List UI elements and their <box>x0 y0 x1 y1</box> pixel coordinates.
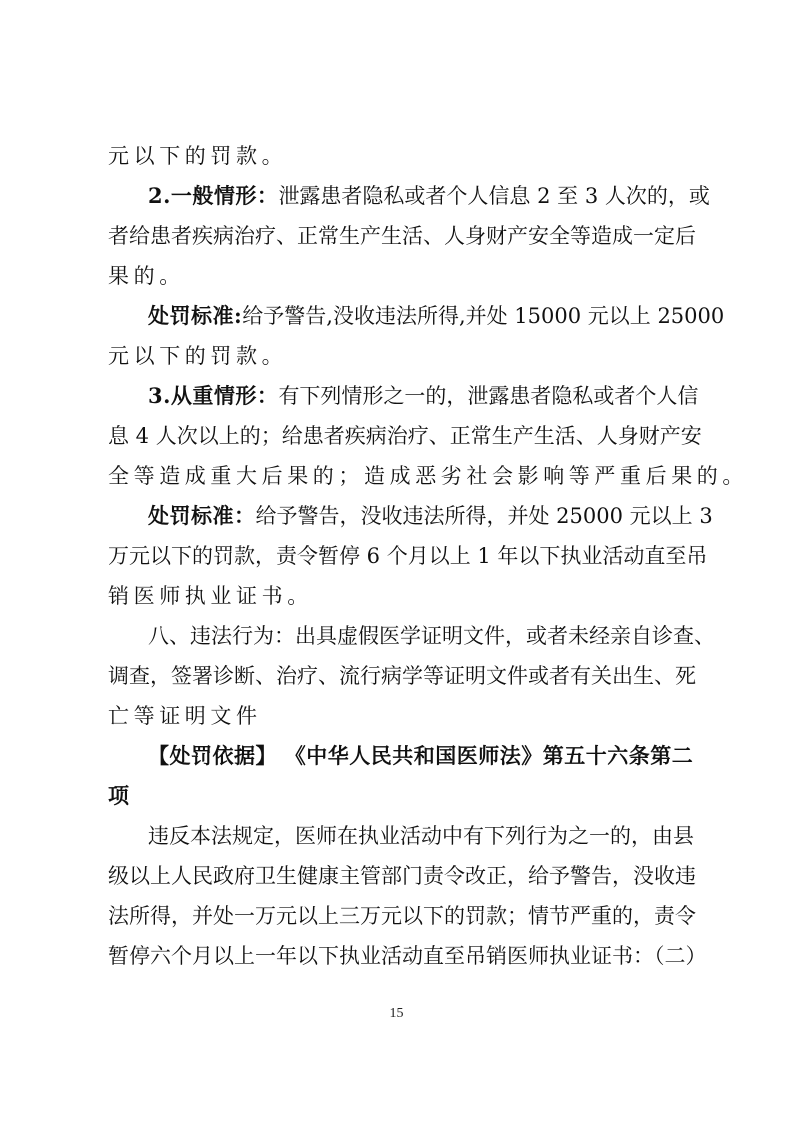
text-line: 暂停六个月以上一年以下执业活动直至吊销医师执业证书：（二） <box>108 936 692 976</box>
text-line: 销医师执业证书。 <box>108 576 692 616</box>
text-line: 息 4 人次以上的；给患者疾病治疗、正常生产生活、人身财产安 <box>108 416 692 456</box>
text-line: 果的。 <box>108 256 692 296</box>
text-line: 全等造成重大后果的；造成恶劣社会影响等严重后果的。 <box>108 456 692 496</box>
paragraph-law-text: 违反本法规定，医师在执业活动中有下列行为之一的，由县 <box>108 816 692 856</box>
text-line: 万元以下的罚款，责令暂停 6 个月以上 1 年以下执业活动直至吊 <box>108 536 692 576</box>
text-line: 级以上人民政府卫生健康主管部门责令改正，给予警告，没收违 <box>108 856 692 896</box>
paragraph-general-case: 2.一般情形：泄露患者隐私或者个人信息 2 至 3 人次的，或 <box>108 176 692 216</box>
paragraph-penalty-standard: 处罚标准：给予警告，没收违法所得，并处 25000 元以上 3 <box>108 496 692 536</box>
text-line: 元以下的罚款。 <box>108 136 692 176</box>
text-line: 亡等证明文件 <box>108 696 692 736</box>
paragraph-violation-8: 八、违法行为：出具虚假医学证明文件，或者未经亲自诊查、 <box>108 616 692 656</box>
penalty-heading: 处罚标准： <box>148 503 256 528</box>
page-number: 15 <box>0 1006 793 1022</box>
penalty-basis-heading-cont: 项 <box>108 776 692 816</box>
penalty-basis-heading: 【处罚依据】 《中华人民共和国医师法》第五十六条第二 <box>108 736 692 776</box>
penalty-heading: 处罚标准: <box>148 303 242 328</box>
case-heading: 3.从重情形： <box>148 383 278 408</box>
text-line: 元以下的罚款。 <box>108 336 692 376</box>
text-line: 法所得，并处一万元以上三万元以下的罚款；情节严重的，责令 <box>108 896 692 936</box>
text-line: 者给患者疾病治疗、正常生产生活、人身财产安全等造成一定后 <box>108 216 692 256</box>
text-line: 调查，签署诊断、治疗、流行病学等证明文件或者有关出生、死 <box>108 656 692 696</box>
paragraph-penalty-standard: 处罚标准:给予警告,没收违法所得,并处 15000 元以上 25000 <box>108 296 692 336</box>
case-heading: 2.一般情形： <box>148 183 278 208</box>
paragraph-severe-case: 3.从重情形：有下列情形之一的，泄露患者隐私或者个人信 <box>108 376 692 416</box>
document-body: 元以下的罚款。 2.一般情形：泄露患者隐私或者个人信息 2 至 3 人次的，或 … <box>108 136 692 976</box>
